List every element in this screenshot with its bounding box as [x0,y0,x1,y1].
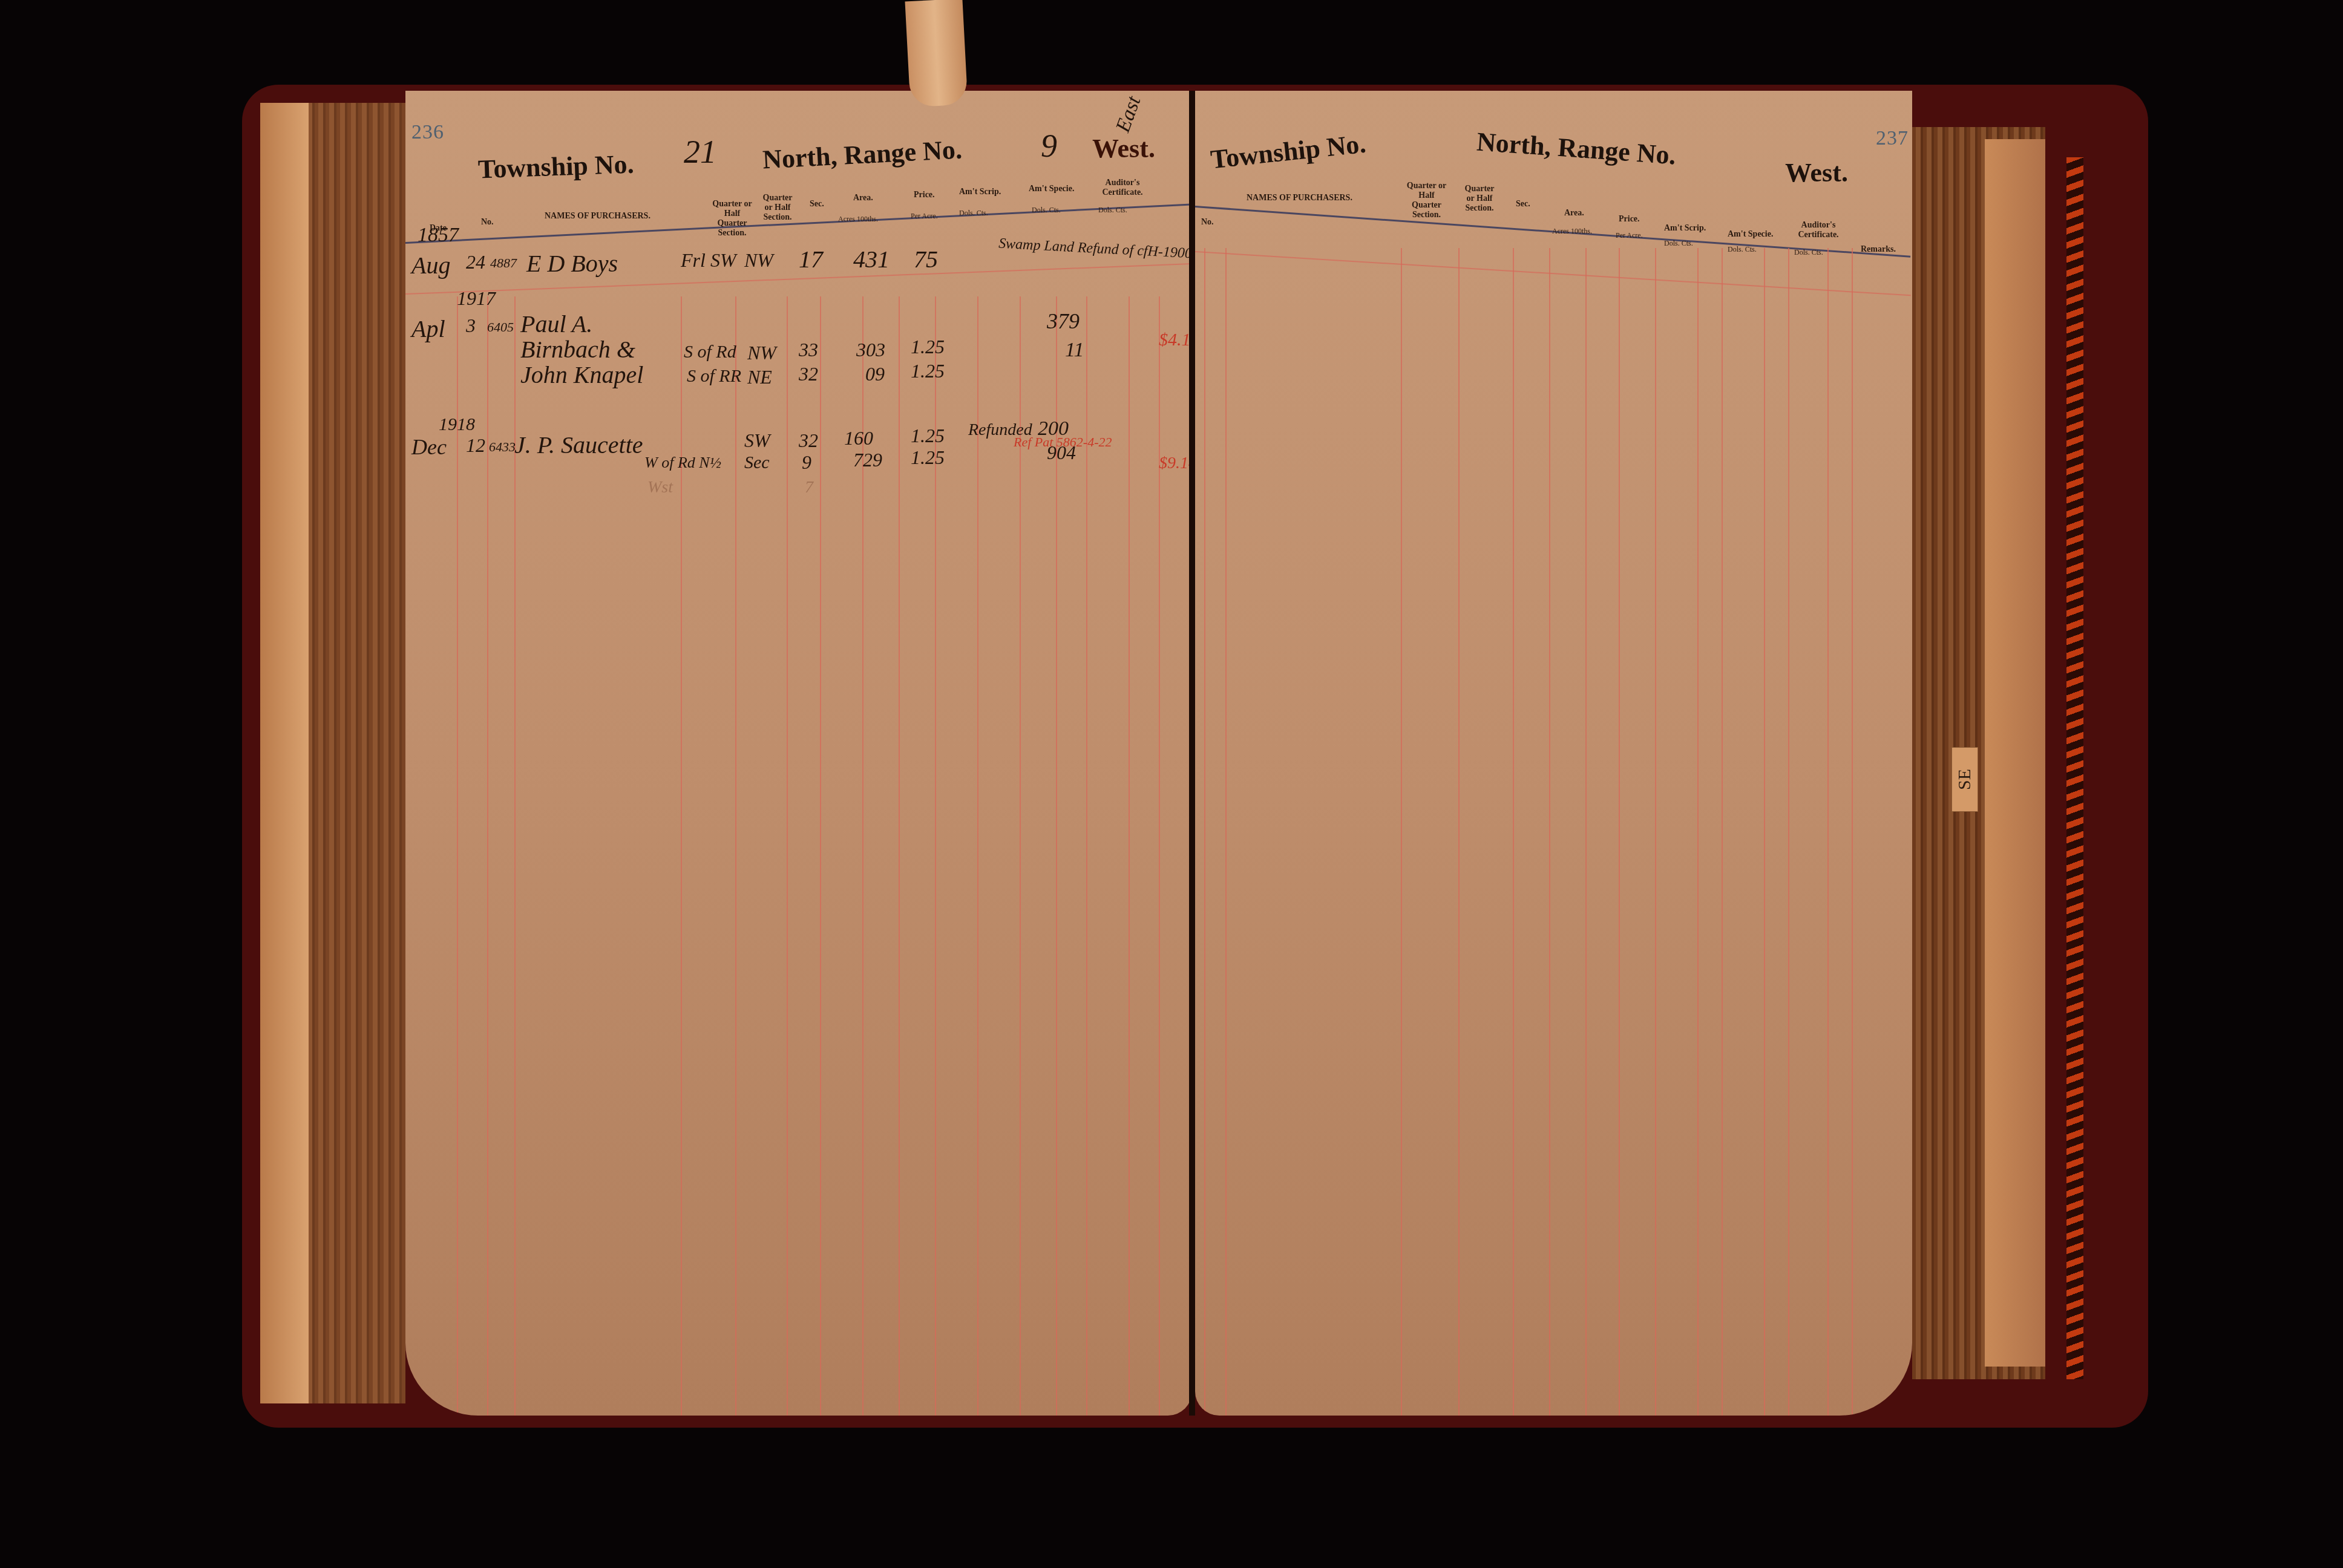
township-value: 21 [684,133,716,171]
entry-section: 33 [799,339,818,361]
col-specie: Am't Specie. [1029,185,1074,194]
col-specie: Am't Specie. [1728,230,1773,240]
header-rule [405,203,1191,244]
entry-price: 1.25 [911,425,945,447]
north-range-label: North, Range No. [762,134,963,175]
entry-qh: SW [744,430,770,452]
entry-qh: NW [747,342,776,364]
entry-number: 6433 [489,439,516,455]
entry-qhq: Frl SW [681,249,736,272]
entry-day: 12 [466,434,485,457]
entry-year: 1918 [439,414,475,435]
entry-area: 729 [853,449,882,471]
col-auditor: Auditor's Certificate. [1791,221,1846,240]
entry-area: 303 [856,339,885,361]
col-qhq-section: Quarter or Half Quarter Section. [711,200,753,238]
page-number: 236 [411,121,444,144]
direction-printed: West. [1785,157,1848,188]
col-area: Area. [1564,209,1584,218]
col-sec: Sec. [810,200,824,209]
direction-printed: West. [1092,133,1155,164]
entry-area: 09 [865,363,885,385]
faint-entry-section: 7 [805,478,813,497]
col-purchasers: NAMES OF PURCHASERS. [1247,194,1352,203]
col-qh-section: Quarter or Half Section. [759,194,796,223]
entry-month: Apl [411,315,445,343]
tab-label: SE [1955,769,1975,790]
col-qh-section: Quarter or Half Section. [1461,185,1498,214]
entry-qh: NW [744,249,773,272]
entry-section: 32 [799,430,818,452]
entry-purchaser: J. P. Saucette [514,431,643,459]
township-label: Township No. [477,149,634,185]
entry-price: 1.25 [911,360,945,382]
right-page-edge [1985,139,2045,1367]
entry-specie: 379 [1047,309,1080,334]
right-page: Township No. North, Range No. West. 237 … [1195,91,1912,1416]
col-no: No. [481,218,494,227]
entry-year: 1857 [418,224,459,247]
col-specie-sub: Dols. Cts. [1728,245,1757,254]
left-page-stack [260,103,405,1403]
col-scrip: Am't Scrip. [959,188,1001,197]
page-number: 237 [1876,127,1909,150]
entry-price: 75 [914,245,938,273]
col-purchasers: NAMES OF PURCHASERS. [545,212,650,221]
right-page-stack [1912,127,2045,1379]
entry-purchaser: E D Boys [526,249,618,278]
col-area: Area. [853,194,873,203]
left-page: 236 Township No. 21 North, Range No. 9 W… [405,91,1192,1416]
entry-qhq: S of RR [687,366,741,387]
entry-qh: NE [747,366,772,388]
direction-handwritten: East [1112,93,1145,136]
col-no: No. [1201,218,1214,227]
entry-remarks: Swamp Land Refund of cfH-1900 [998,236,1192,263]
entry-qhq: S of Rd [684,342,736,362]
col-remarks: Remarks. [1861,245,1896,255]
township-label: Township No. [1209,128,1368,175]
entry-day: 24 [466,251,485,273]
entry-price: 1.25 [911,446,945,469]
col-area-sub: Acres 100ths. [838,215,878,224]
red-margin-note: $4.13 [1159,330,1192,350]
col-price: Price. [914,191,935,200]
entry-price: 1.25 [911,336,945,358]
entry-purchaser: Paul A. Birnbach & John Knapel [520,312,684,388]
col-price-sub: Per Acre. [911,212,938,221]
col-qhq-section: Quarter or Half Quarter Section. [1404,181,1449,220]
entry-section: 9 [802,451,811,474]
entry-section: 32 [799,363,818,385]
book-gutter [1189,91,1195,1416]
col-specie-sub: Dols. Cts. [1032,206,1061,215]
entry-month: Aug [411,251,450,279]
entry-area: 160 [844,427,873,449]
left-page-edge [260,103,309,1403]
thumb-index-tab[interactable]: SE [1951,747,1978,812]
entry-area: 431 [853,245,890,273]
col-auditor-sub: Dols. Cts. [1794,248,1823,257]
col-auditor-sub: Dols. Cts. [1098,206,1127,215]
red-margin-note: $9.14 [1159,454,1192,473]
header-bottom-rule [1195,251,1911,296]
entry-month: Dec [411,434,447,460]
col-scrip-sub: Dols. Cts. [959,209,988,218]
entry-section: 17 [799,245,823,273]
col-scrip-sub: Dols. Cts. [1664,239,1693,248]
entry-number: 6405 [487,319,514,335]
col-price: Price. [1619,215,1640,224]
col-sec: Sec. [1516,200,1530,209]
col-area-sub: Acres 100ths. [1552,227,1592,236]
bookmark-ribbon [905,0,968,107]
col-scrip: Am't Scrip. [1664,224,1706,234]
sprinkled-edge [2066,157,2083,1379]
col-price-sub: Per Acre. [1616,231,1643,240]
entry-specie: 11 [1065,339,1084,362]
entry-qhq: W of Rd N½ [644,454,721,472]
faint-entry: Wst [647,478,673,497]
range-value: 9 [1041,127,1057,165]
col-auditor: Auditor's Certificate. [1095,178,1150,198]
entry-qh: Sec [744,452,770,473]
north-range-label: North, Range No. [1476,126,1677,171]
red-annotation: Ref Pat 5862-4-22 [1014,434,1112,450]
entry-number: 4887 [490,255,517,271]
entry-day: 3 [466,315,476,337]
entry-year: 1917 [457,287,496,310]
